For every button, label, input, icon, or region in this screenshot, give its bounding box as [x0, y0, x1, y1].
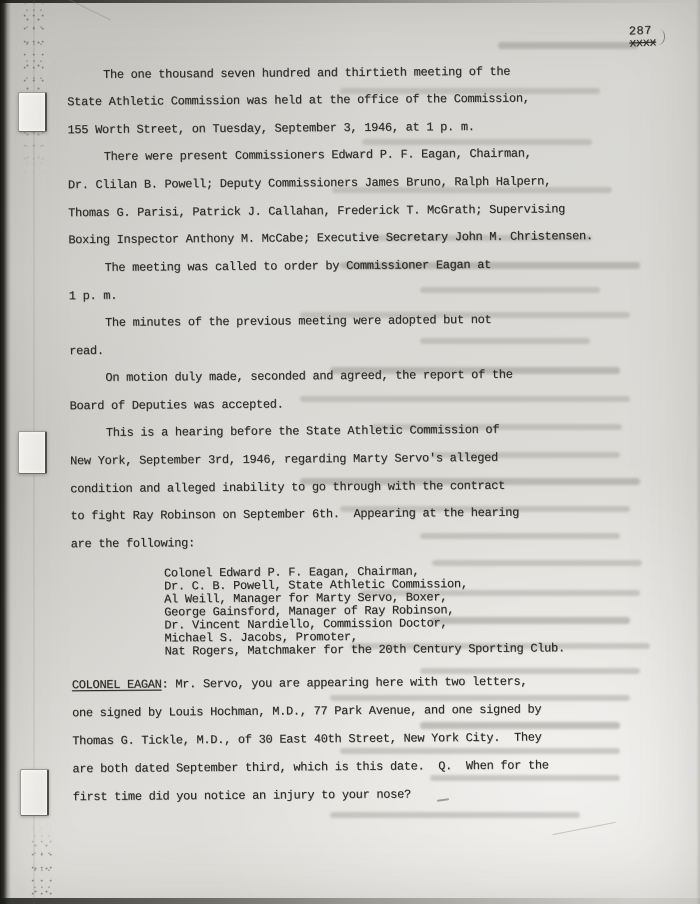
transcript-text: The one thousand seven hundred and thirt… [0, 0, 700, 904]
transcript-line: 155 Worth Street, on Tuesday, September … [67, 120, 474, 137]
transcript-line: The one thousand seven hundred and thirt… [103, 65, 510, 82]
transcript-line: The minutes of the previous meeting were… [105, 313, 492, 330]
transcript-line: Dr. Clilan B. Powell; Deputy Commissione… [68, 174, 551, 192]
transcript-line: Thomas G. Tickle, M.D., of 30 East 40th … [72, 731, 541, 749]
transcript-line: State Athletic Commission was held at th… [67, 92, 529, 110]
transcript-line: The meeting was called to order by Commi… [104, 258, 491, 275]
transcript-line: Boxing Inspector Anthony M. McCabe; Exec… [68, 229, 593, 247]
transcript-line: This is a hearing before the State Athle… [106, 423, 499, 440]
transcript-line: first time did you notice an injury to y… [73, 788, 411, 805]
transcript-line: New York, September 3rd, 1946, regarding… [70, 451, 498, 468]
speaker-statement: : Mr. Servo, you are appearing here with… [161, 675, 527, 692]
transcript-line: are both dated September third, which is… [72, 758, 548, 776]
transcript-line: to fight Ray Robinson on September 6th. … [70, 506, 519, 524]
speaker-name: COLONEL EAGAN [72, 677, 162, 692]
scanned-page: 287 xxxx The one thousand seven hundred … [0, 0, 700, 904]
transcript-line: are the following: [71, 536, 195, 551]
transcript-line: Board of Deputies was accepted. [70, 398, 284, 414]
transcript-line: condition and alleged inability to go th… [70, 479, 505, 496]
transcript-line: 1 p. m. [69, 289, 117, 303]
transcript-line: On motion duly made, seconded and agreed… [105, 368, 512, 385]
transcript-line: Thomas G. Parisi, Patrick J. Callahan, F… [68, 202, 565, 220]
transcript-line: read. [69, 344, 104, 358]
transcript-line: There were present Commissioners Edward … [104, 147, 532, 164]
transcript-line: one signed by Louis Hochman, M.D., 77 Pa… [72, 703, 541, 721]
attendee-line: Nat Rogers, Matchmaker for the 20th Cent… [165, 641, 565, 658]
speaker-line: COLONEL EAGAN: Mr. Servo, you are appear… [72, 675, 528, 693]
